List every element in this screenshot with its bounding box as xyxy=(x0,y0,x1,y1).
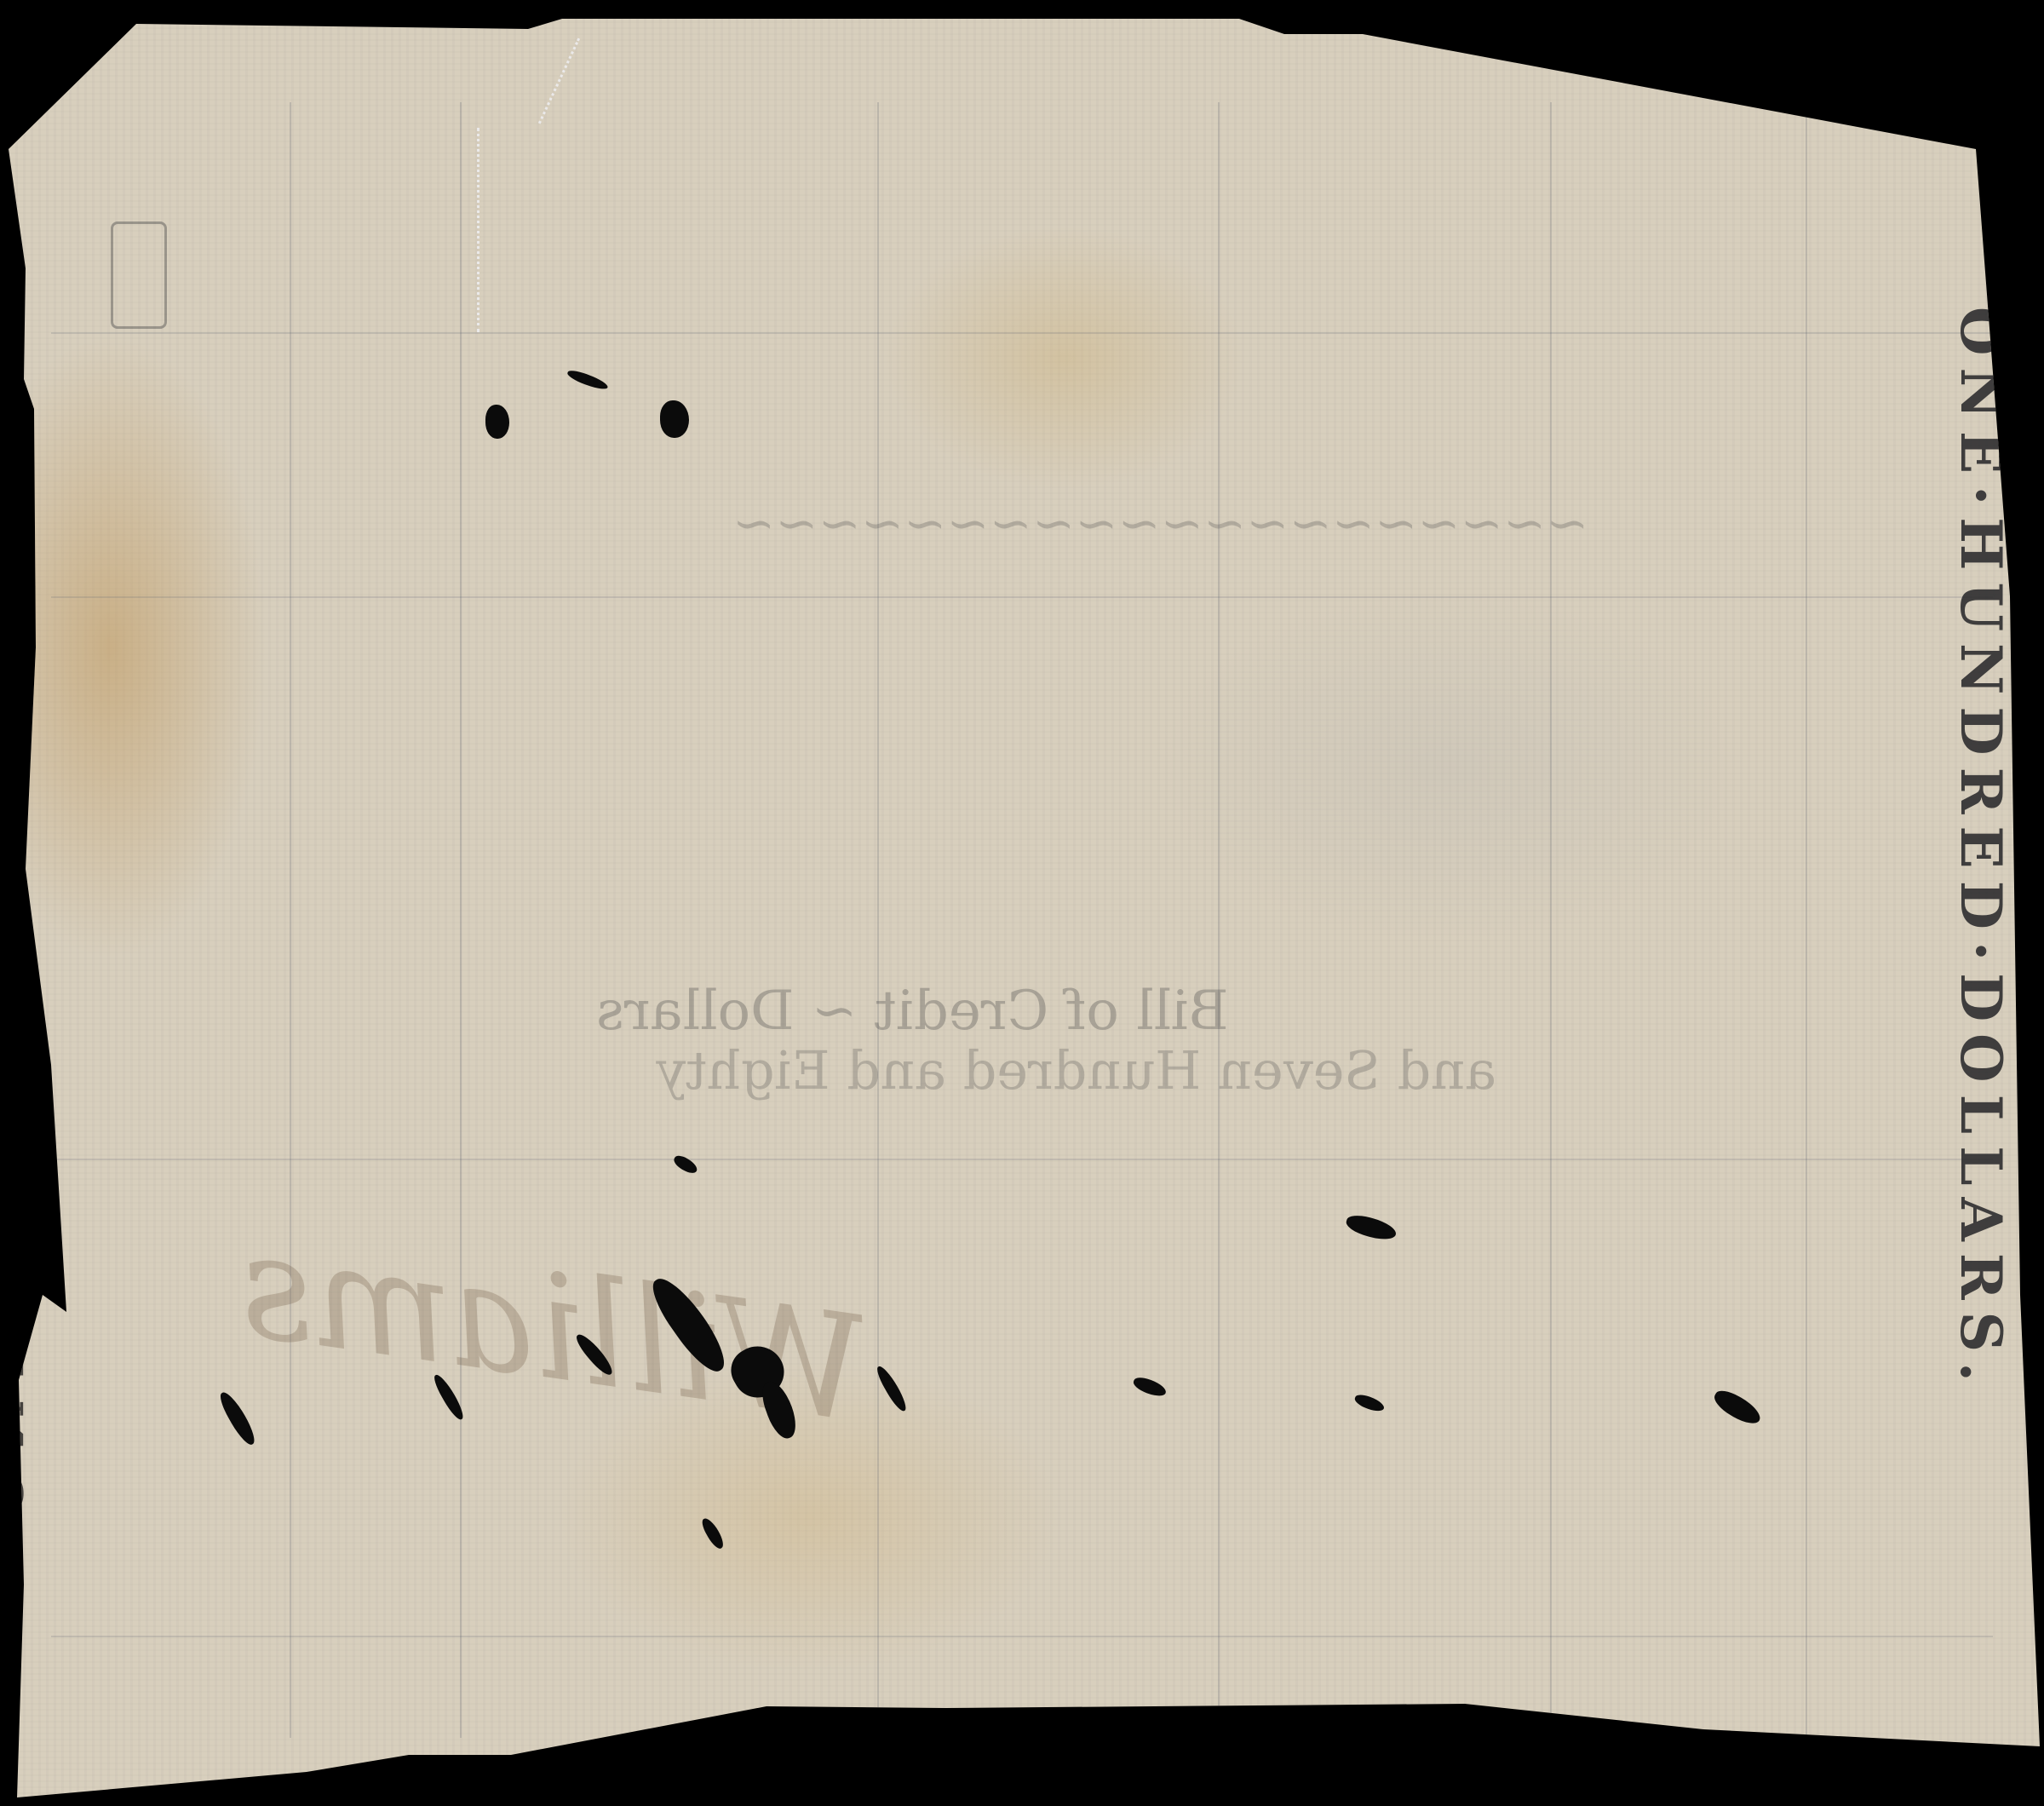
paper-crack xyxy=(477,128,479,332)
ink-hole xyxy=(216,1389,260,1448)
fold-line xyxy=(51,596,1993,598)
ink-hole xyxy=(1131,1375,1168,1400)
fold-line xyxy=(1218,102,1220,1738)
fold-line xyxy=(290,102,291,1738)
banknote-paper: ~~~~~~~~~~~~~~~~~~~~ Bill of Credit ~ Do… xyxy=(0,0,2044,1806)
edge-legend-left: ONE HUNDRED xyxy=(0,800,34,1516)
ink-hole xyxy=(1353,1392,1387,1413)
show-through-text: and Seven Hundred and Eighty xyxy=(656,1039,1496,1101)
ink-hole xyxy=(1710,1386,1765,1429)
fold-line xyxy=(877,102,879,1738)
fold-line xyxy=(1806,102,1807,1738)
show-through-text: ~~~~~~~~~~~~~~~~~~~~ xyxy=(732,494,1588,554)
fold-line xyxy=(460,102,462,1738)
fold-line xyxy=(51,1159,1993,1160)
fold-line xyxy=(51,332,1993,334)
ink-hole xyxy=(1344,1212,1398,1244)
paper-crack xyxy=(538,38,580,124)
ink-hole xyxy=(874,1364,910,1414)
show-through-text: Bill of Credit ~ Dollars xyxy=(596,980,1229,1043)
ink-hole xyxy=(699,1516,726,1551)
fold-line xyxy=(1550,102,1552,1738)
ink-hole xyxy=(566,368,609,392)
edge-legend-right: ONE·HUNDRED·DOLLARS. xyxy=(1948,307,2014,1394)
ink-hole xyxy=(672,1153,700,1176)
ink-hole xyxy=(660,400,689,438)
fold-line xyxy=(51,1636,1993,1637)
ink-hole xyxy=(485,405,509,439)
printed-frame-box xyxy=(111,221,167,329)
